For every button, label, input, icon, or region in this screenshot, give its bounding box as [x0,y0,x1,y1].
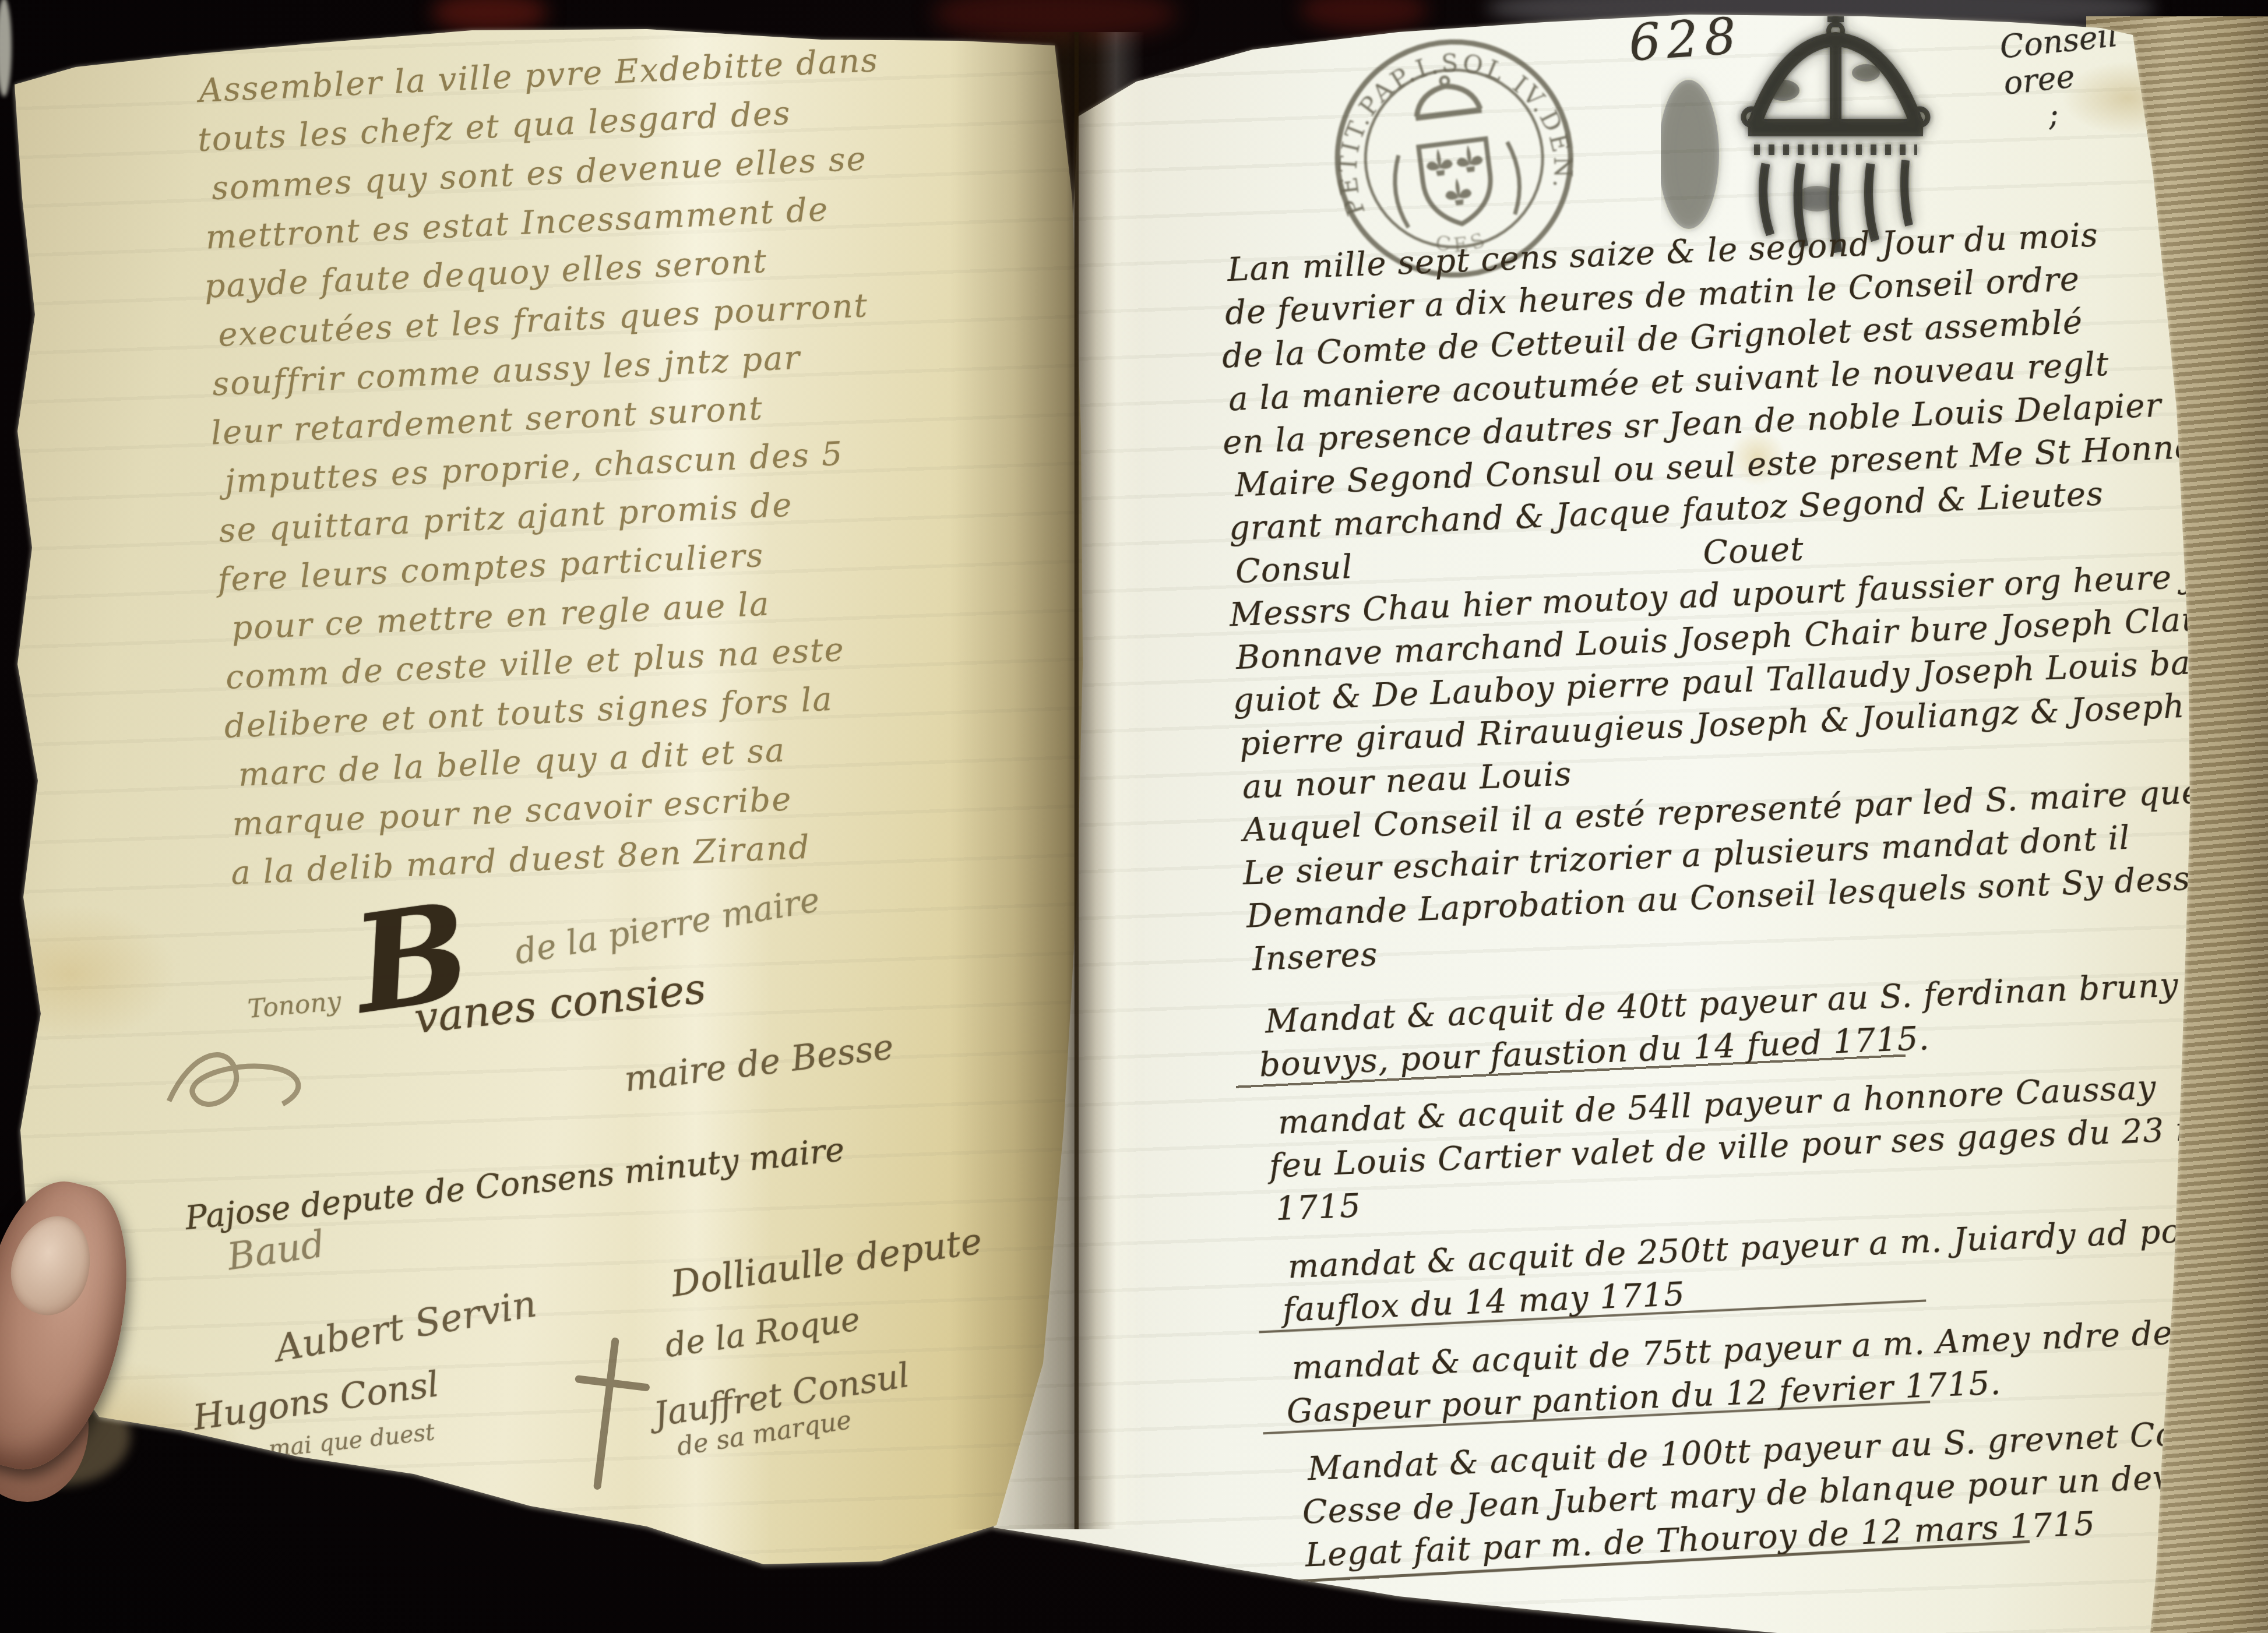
left-page: Assembler la ville pvre Exdebitte dansto… [6,23,1084,1608]
margin-note-line: Conseil [1998,17,2119,66]
manuscript-book-photo: 628 [0,0,2268,1633]
signature: mai que duest [267,1419,436,1463]
signature: Pajose depute de Consens minuty maire [184,1131,847,1237]
margin-note-line: oree [2002,58,2076,101]
signature: Aubert Servin [272,1282,540,1371]
stamp-arc-text: PETIT.PAP.I.SOL IV.DEN.LA F. [1311,15,1582,224]
left-page-text-block: Assembler la ville pvre Exdebitte dansto… [198,32,1121,903]
cross-mark-icon [555,1329,662,1502]
right-page: 628 [991,0,2268,1633]
right-page-text-block: Lan mille sept cens saize & le segond Jo… [1215,213,2246,1582]
crown-stamp-icon [1661,3,2010,259]
signature: Dolliaulle depute [669,1219,985,1305]
thumb [0,1181,120,1473]
svg-text:PETIT.PAP.I.SOL IV.DEN.LA F.: PETIT.PAP.I.SOL IV.DEN.LA F. [1311,15,1582,224]
margin-note: Conseil oree ; [1998,17,2127,137]
signature: de la pierre maire [512,880,823,972]
right-page-wrap: 628 [991,0,2268,1633]
paraph-flourish-icon [157,1025,332,1136]
signature: maire de Besse [622,1027,896,1100]
signature: Tonony [246,986,342,1024]
left-page-wrap: Assembler la ville pvre Exdebitte dansto… [6,23,1084,1608]
signature: de la Roque [663,1300,862,1365]
